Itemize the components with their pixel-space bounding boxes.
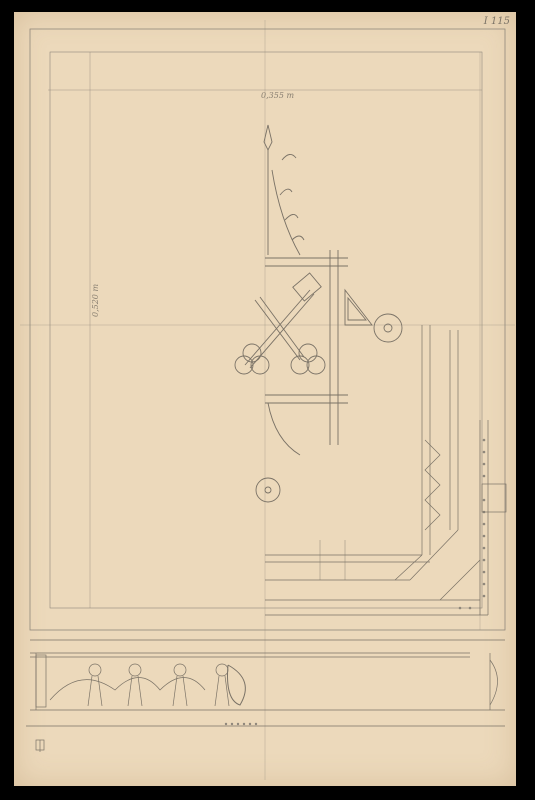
sheet-number: I 115	[484, 16, 510, 27]
drawing-sheet: I 115 0,355 m 0,520 m	[14, 12, 516, 786]
frieze-elevation	[26, 640, 505, 752]
drawing-canvas	[14, 12, 516, 786]
left-dimension-label: 0,520 m	[91, 284, 100, 317]
crossed-keys-emblem	[235, 125, 402, 502]
corner-border	[265, 325, 506, 615]
outer-border	[30, 29, 505, 630]
top-dimension-label: 0,355 m	[261, 91, 294, 100]
